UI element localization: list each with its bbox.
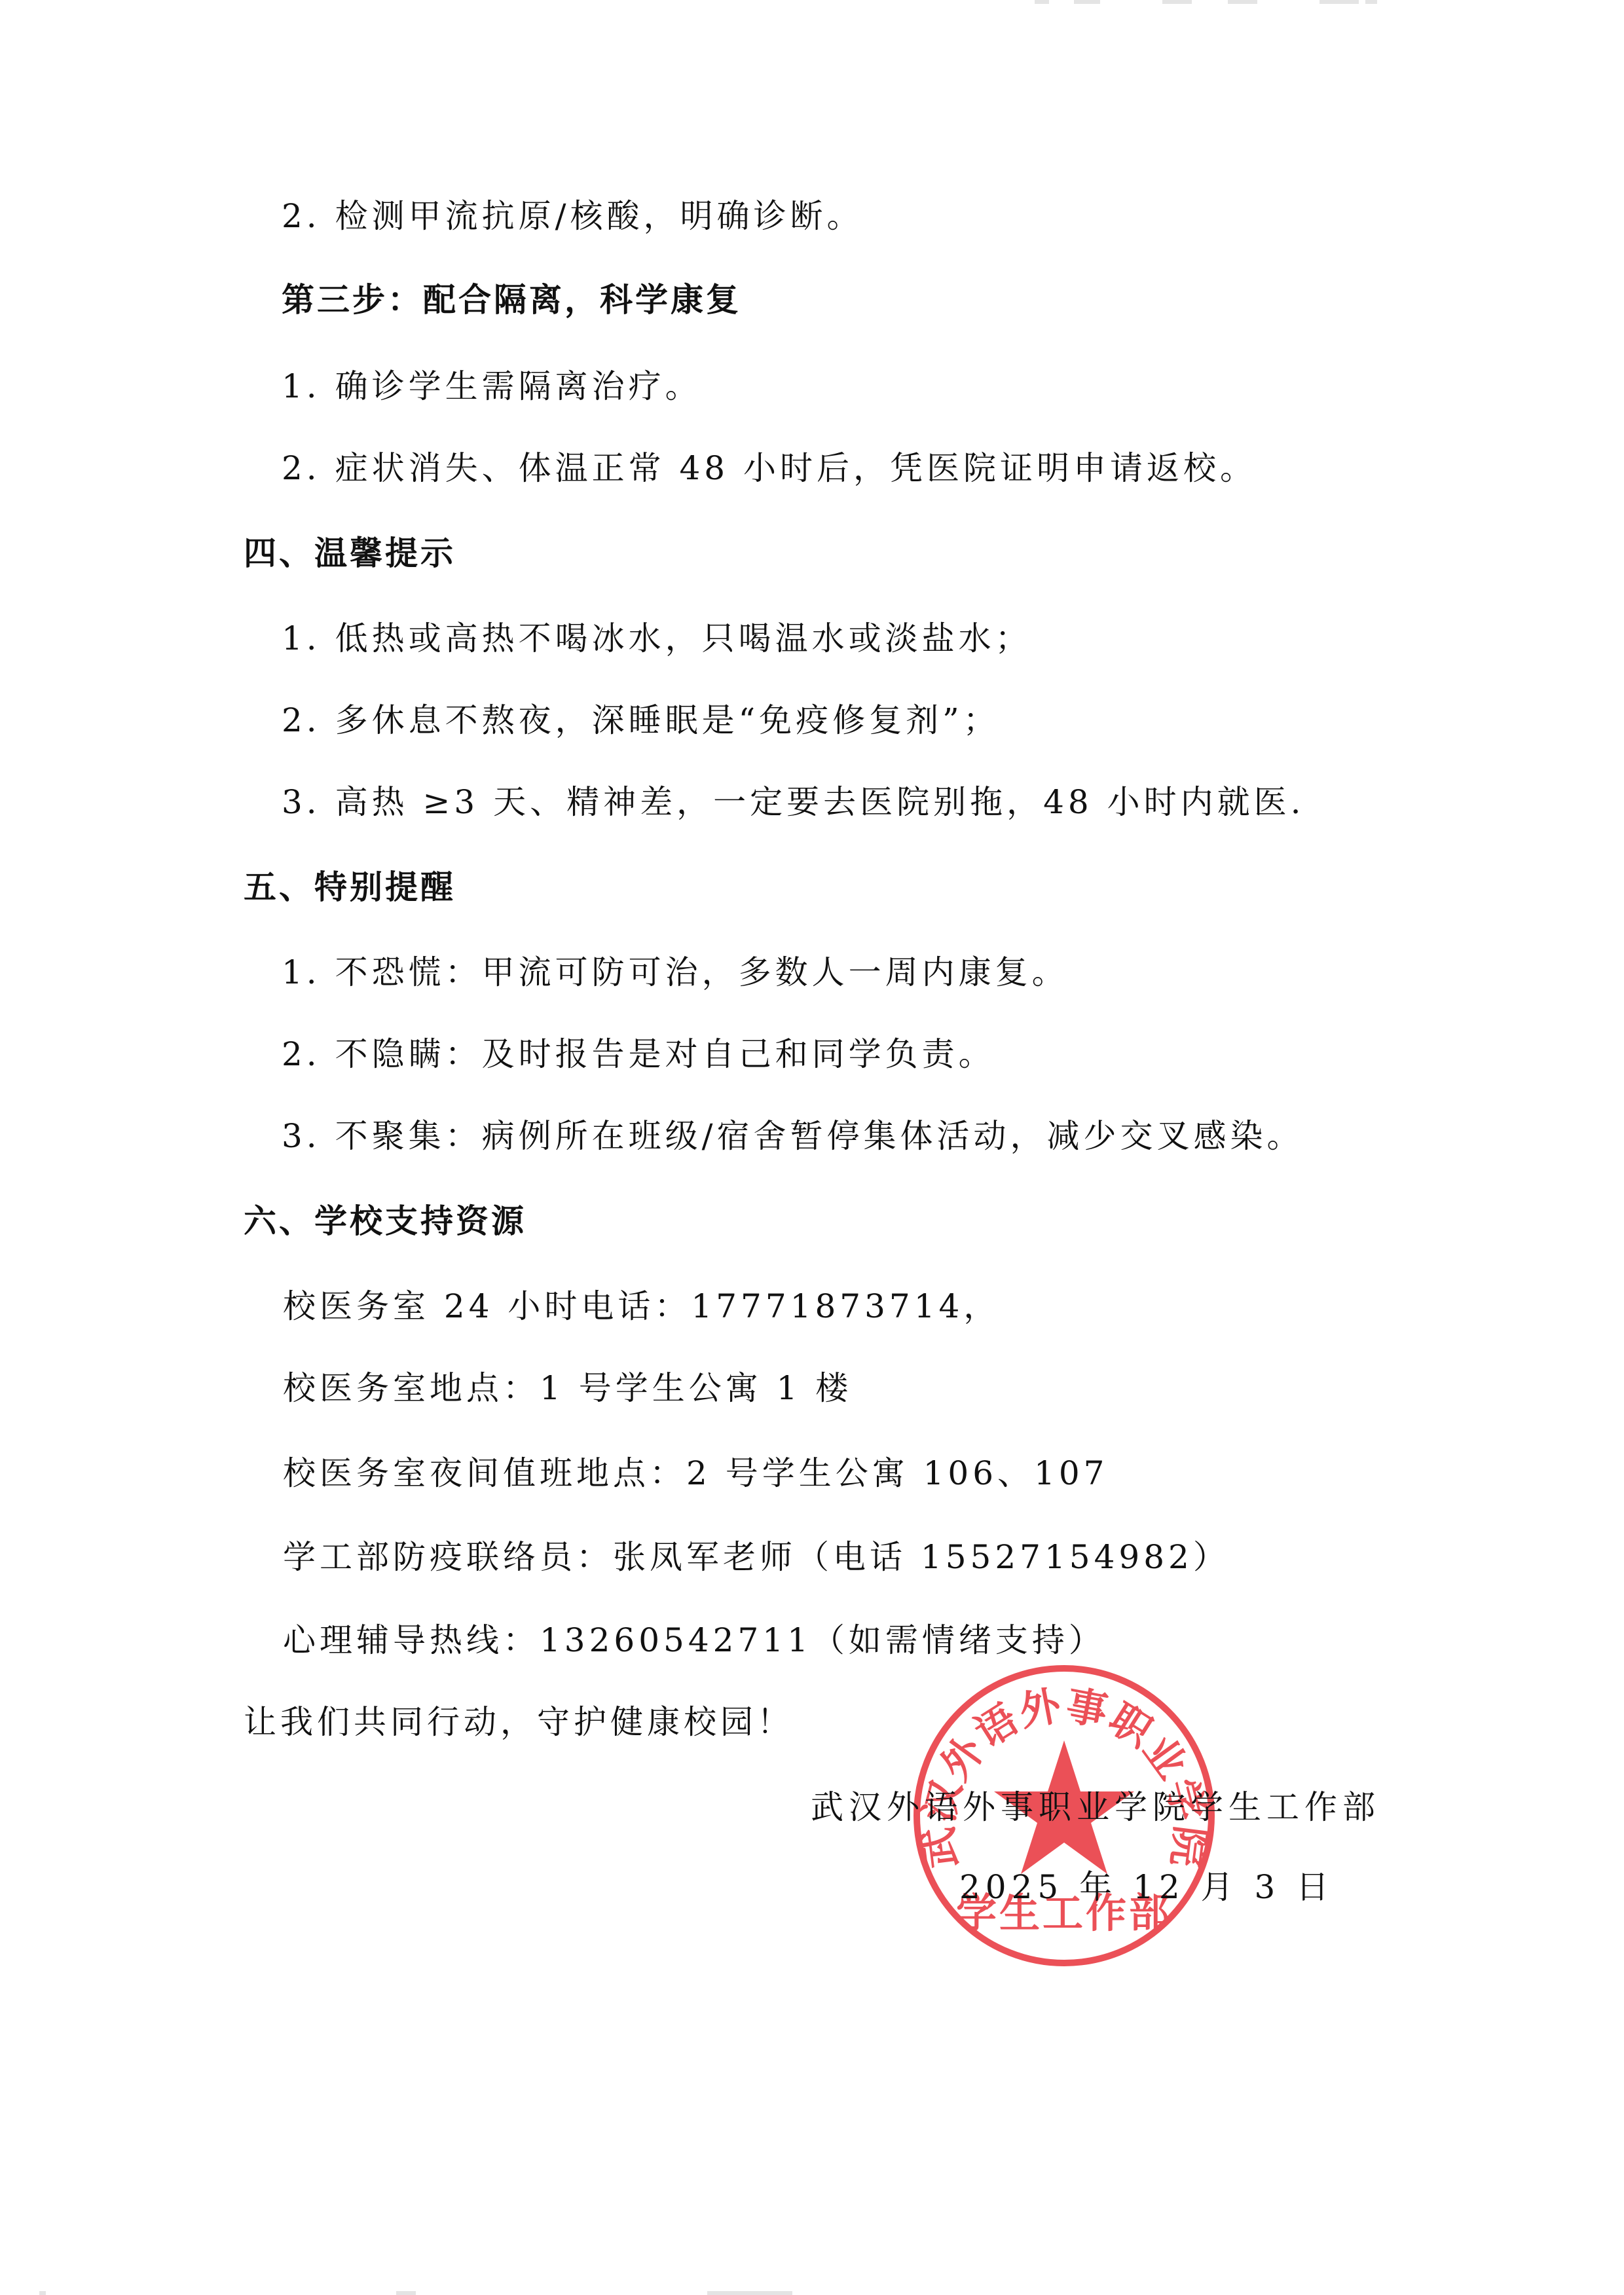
section5-item1: 1. 不恐慌：甲流可防可治，多数人一周内康复。 (282, 953, 1069, 992)
section5-item3: 3. 不聚集：病例所在班级/宿舍暂停集体活动，减少交叉感染。 (282, 1116, 1303, 1156)
section4-item1: 1. 低热或高热不喝冰水，只喝温水或淡盐水； (282, 619, 1032, 658)
section6-heading: 六、学校支持资源 (244, 1202, 526, 1241)
scan-artifact-top (1162, 0, 1192, 4)
section4-item2: 2. 多休息不熬夜，深睡眠是“免疫修复剂”； (282, 701, 1000, 740)
step3-heading: 第三步：配合隔离，科学康复 (282, 280, 741, 320)
svg-text:武汉外语外事职业学院: 武汉外语外事职业学院 (913, 1681, 1215, 1871)
scan-artifact-top (1074, 0, 1100, 4)
seal-outer-text: 武汉外语外事职业学院 (913, 1681, 1215, 1871)
section5-heading: 五、特别提醒 (244, 868, 456, 907)
resource-liaison: 学工部防疫联络员：张凤军老师（电话 15527154982） (283, 1537, 1230, 1577)
scan-artifact-top (1035, 0, 1049, 4)
step3-item1: 1. 确诊学生需隔离治疗。 (282, 367, 702, 406)
resource-night-duty: 校医务室夜间值班地点：2 号学生公寓 106、107 (283, 1454, 1108, 1493)
issuer-signature: 武汉外语外事职业学院学生工作部 (811, 1788, 1380, 1827)
step3-item2: 2. 症状消失、体温正常 48 小时后，凭医院证明申请返校。 (282, 449, 1257, 488)
scan-artifact-top (1365, 0, 1377, 4)
section4-heading: 四、温馨提示 (244, 534, 456, 573)
resource-psych-hotline: 心理辅导热线：13260542711（如需情绪支持） (283, 1621, 1105, 1660)
closing-line: 让我们共同行动，守护健康校园！ (244, 1702, 794, 1742)
section4-item3: 3. 高热 ≥3 天、精神差，一定要去医院别拖，48 小时内就医. (282, 782, 1305, 822)
scan-artifact-bottom (39, 2291, 46, 2295)
scan-artifact-bottom (707, 2291, 792, 2295)
scan-artifact-bottom (396, 2291, 416, 2295)
resource-hotline: 校医务室 24 小时电话：17771873714， (283, 1287, 1000, 1326)
step2-item2: 2. 检测甲流抗原/核酸，明确诊断。 (282, 196, 863, 236)
resource-location: 校医务室地点：1 号学生公寓 1 楼 (283, 1368, 852, 1408)
issue-date: 2025 年 12 月 3 日 (959, 1867, 1334, 1907)
section5-item2: 2. 不隐瞒：及时报告是对自己和同学负责。 (282, 1035, 995, 1074)
scan-artifact-top (1228, 0, 1257, 4)
scan-artifact-top (1319, 0, 1359, 4)
